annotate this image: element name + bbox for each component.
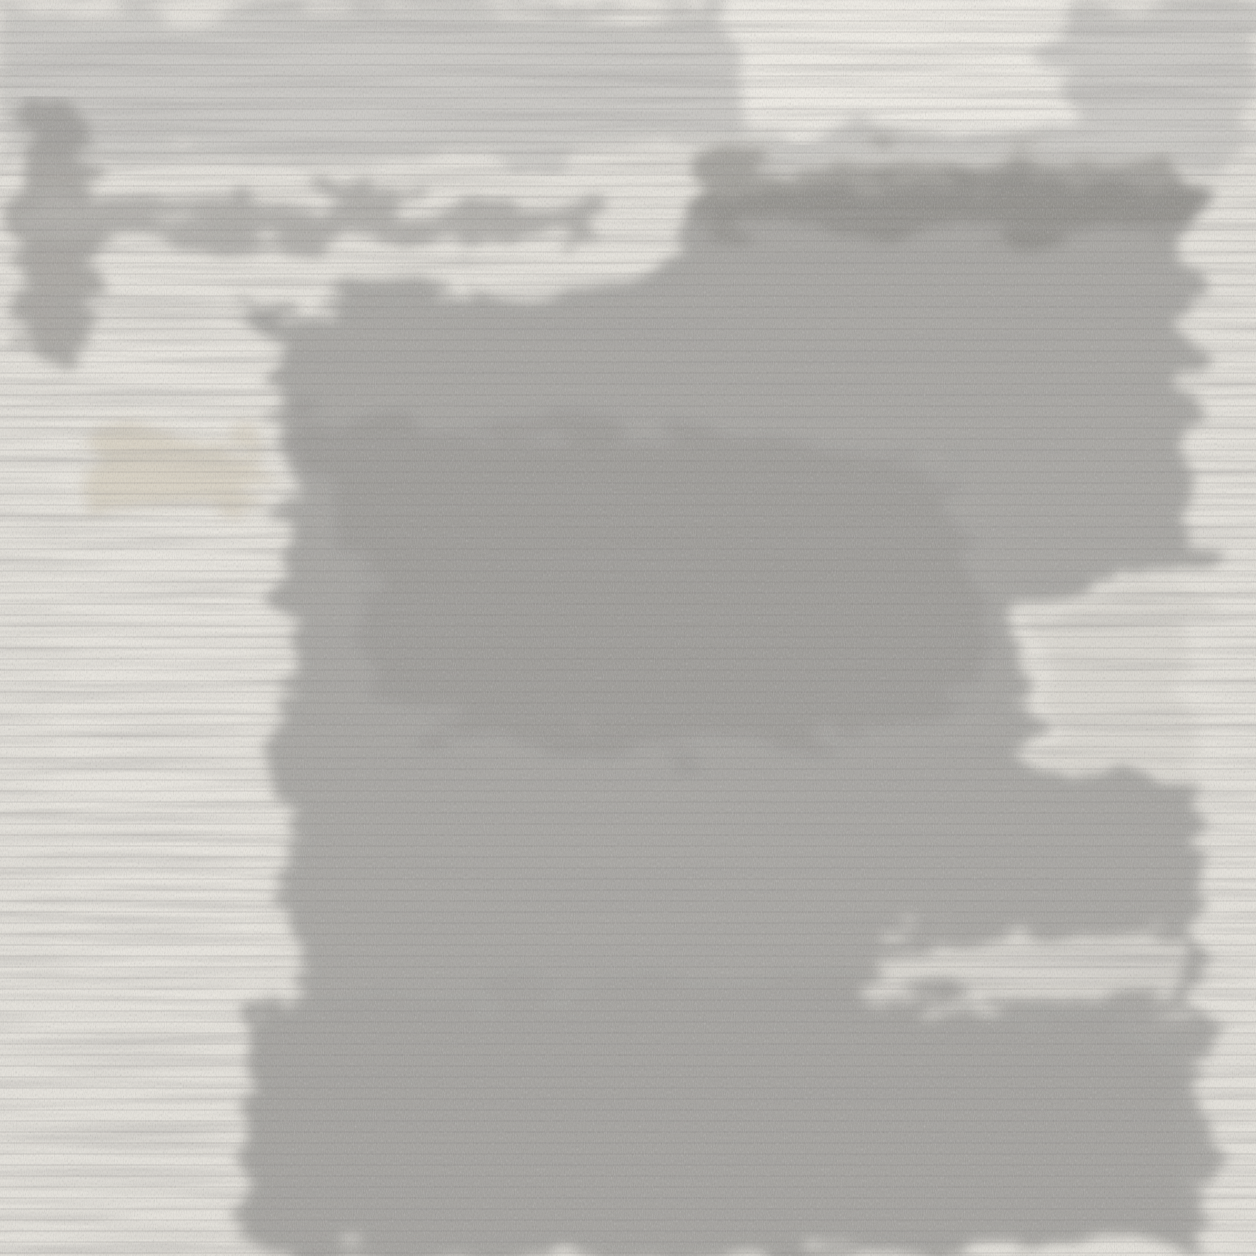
rug-texture-svg: [0, 0, 1256, 1256]
fiber-noise: [0, 0, 1256, 1256]
rug-texture-photo: [0, 0, 1256, 1256]
